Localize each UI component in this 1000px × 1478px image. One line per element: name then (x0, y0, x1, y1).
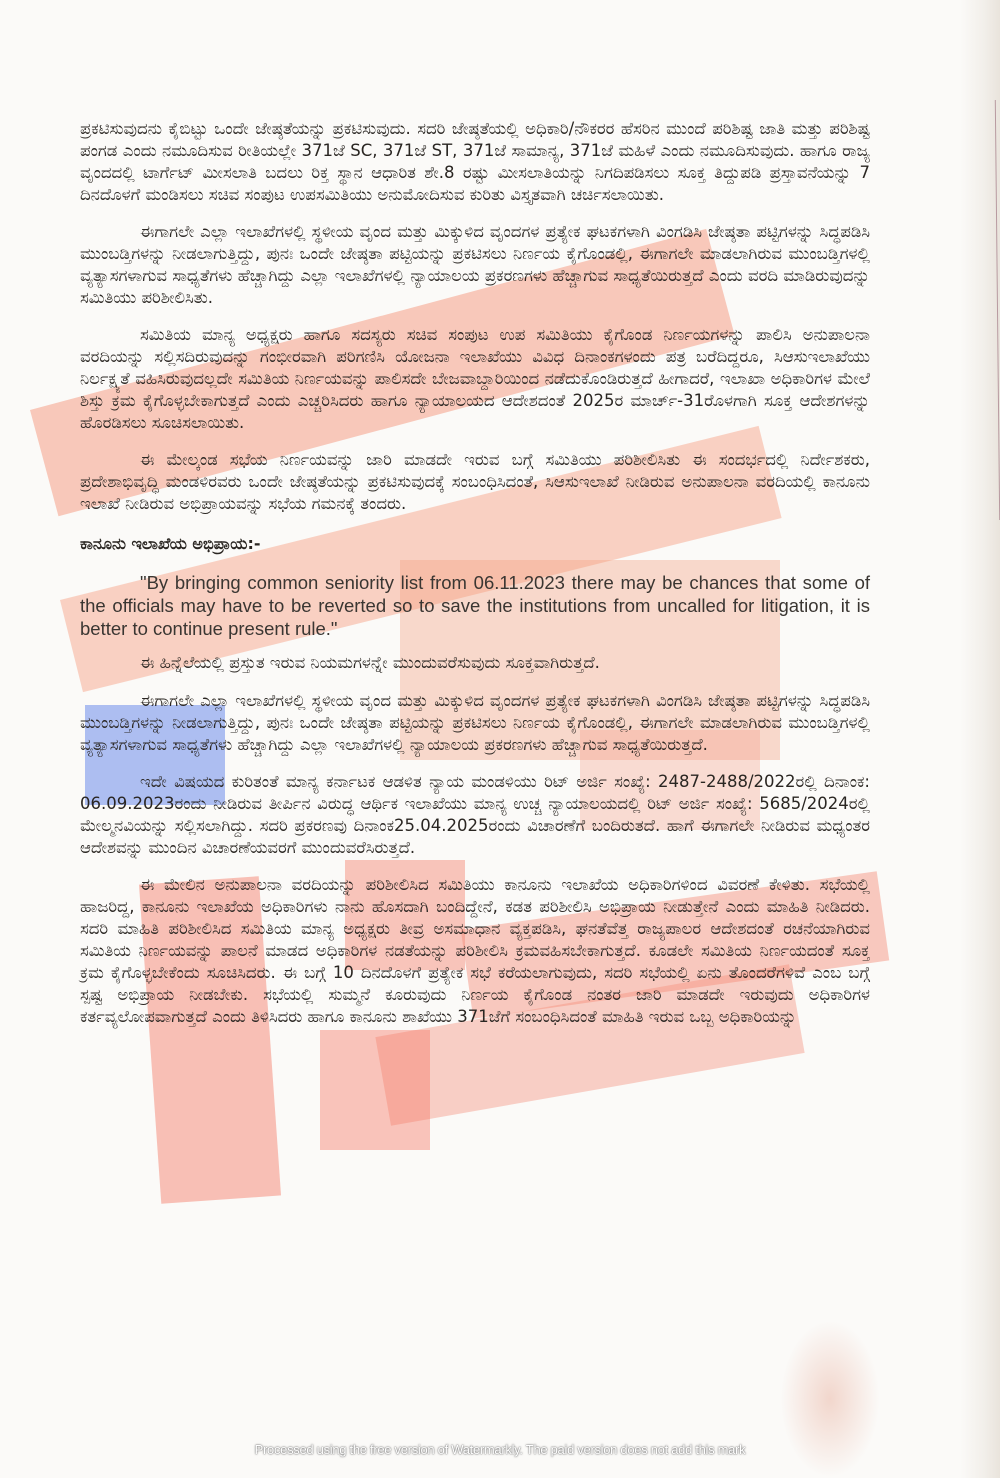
paragraph-court-case: ಇದೇ ವಿಷಯದ ಕುರಿತಂತೆ ಮಾನ್ಯ ಕರ್ನಾಟಕ ಆಡಳಿತ ನ… (80, 771, 870, 859)
law-dept-opinion-quote: "By bringing common seniority list from … (80, 571, 870, 640)
law-dept-opinion-heading: ಕಾನೂನು ಇಲಾಖೆಯ ಅಭಿಪ್ರಾಯ:- (80, 533, 870, 555)
paragraph-meeting-review: ಈ ಮೇಲ್ಕಂಡ ಸಭೆಯ ನಿರ್ಣಯವನ್ನು ಜಾರಿ ಮಾಡದೇ ಇರ… (80, 449, 870, 515)
paragraph-continuation: ಪ್ರಕಟಿಸುವುದನು ಕೈಬಿಟ್ಟು ಒಂದೇ ಜೇಷ್ಠತೆಯನ್ನು… (80, 118, 870, 206)
law-dept-conclusion: ಈ ಹಿನ್ನೆಲೆಯಲ್ಲಿ ಪ್ರಸ್ತುತ ಇರುವ ನಿಯಮಗಳನ್ನೇ… (80, 652, 870, 674)
page-edge-shadow (960, 0, 1000, 1478)
watermark-block (320, 1030, 430, 1150)
document-body: ಪ್ರಕಟಿಸುವುದನು ಕೈಬಿಟ್ಟು ಒಂದೇ ಜೇಷ್ಠತೆಯನ್ನು… (80, 118, 870, 1043)
paragraph-seniority-report: ಈಗಾಗಲೇ ಎಲ್ಲಾ ಇಲಾಖೆಗಳಲ್ಲಿ ಸ್ಥಳೀಯ ವೃಂದ ಮತ್… (80, 221, 870, 309)
watermarkly-footer: Processed using the free version of Wate… (0, 1442, 1000, 1457)
paragraph-committee-response: ಈ ಮೇಲಿನ ಅನುಪಾಲನಾ ವರದಿಯನ್ನು ಪರಿಶೀಲಿಸಿದ ಸಮ… (80, 874, 870, 1028)
paragraph-committee-direction: ಸಮಿತಿಯ ಮಾನ್ಯ ಅಧ್ಯಕ್ಷರು ಹಾಗೂ ಸದಸ್ಯರು ಸಚಿವ… (80, 324, 870, 434)
paragraph-seniority-repeat: ಈಗಾಗಲೇ ಎಲ್ಲಾ ಇಲಾಖೆಗಳಲ್ಲಿ ಸ್ಥಳೀಯ ವೃಂದ ಮತ್… (80, 690, 870, 756)
